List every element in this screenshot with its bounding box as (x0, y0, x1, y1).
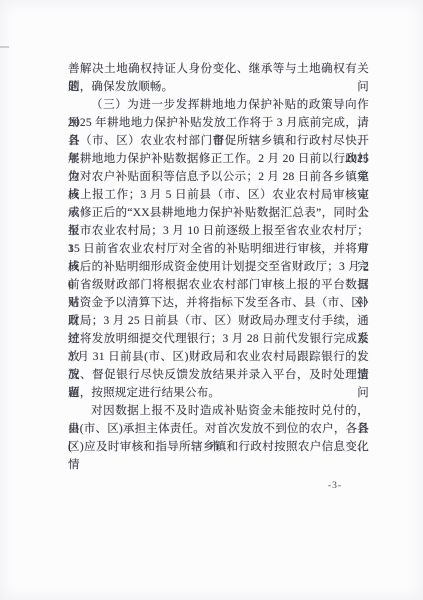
text-line: 善解决土地确权持证人身份变化、继承等与土地确权有关的问 (68, 60, 369, 78)
scan-artifact-mark (0, 46, 9, 48)
text-line: 统将发放明细提交代理银行；3 月 28 日前代发银行完成发放； (68, 330, 369, 348)
text-line: 对因数据上报不及时造成补贴资金未能按时兑付的，由各 (68, 402, 369, 420)
text-line: 贴资金予以清算下达，并将指标下发至各市、县（市、区）财 (68, 294, 369, 312)
text-line: （三）为进一步发挥耕地地力保护补贴的政策导向作用， (68, 96, 369, 114)
document-text-block: 善解决土地确权持证人身份变化、继承等与土地确权有关的问题，确保发放顺畅。（三）为… (68, 60, 369, 456)
text-line: 区)应及时审核和指导所辖乡镇和行政村按照农户信息变化情 (68, 438, 369, 456)
text-line: 县（市、区）农业农村部门督促所辖乡镇和行政村尽快开展 2025 (68, 132, 369, 150)
text-line: 县(市、区)承担主体责任。对首次发放不到位的农户，各县(市、 (68, 420, 369, 438)
text-line: 成后的补贴明细形成资金使用计划提交至省财政厅；3 月 20 日 (68, 258, 369, 276)
text-line: 3 月 31 日前县(市、区)财政局和农业农村局跟踪银行的发放情 (68, 348, 369, 366)
text-line: 2025 年耕地地力保护补贴发放工作将于 3 月底前完成，请各市、 (68, 114, 369, 132)
text-line: 年耕地地力保护补贴数据修正工作。2 月 20 日前以行政村为单 (68, 150, 369, 168)
text-line: 核上报工作；3 月 5 日前县（市、区）农业农村局审核完成公 (68, 186, 369, 204)
text-line: 至市农业农村局；3 月 10 日前逐级上报至省农业农村厅；3 月 (68, 222, 369, 240)
text-line: 前省级财政部门将根据农业农村部门审核上报的平台数据对补 (68, 276, 369, 294)
text-line: 况、督促银行尽快反馈发放结果并录入平台，及时处理遗留问 (68, 366, 369, 384)
scanned-document-page: 善解决土地确权持证人身份变化、继承等与土地确权有关的问题，确保发放顺畅。（三）为… (0, 0, 423, 600)
text-line: 示修正后的“XX县耕地地力保护补贴数据汇总表”，同时上报 (68, 204, 369, 222)
text-line: 政局；3 月 25 日前县（市、区）财政局办理支付手续，通过系 (68, 312, 369, 330)
page-number: -3- (328, 481, 342, 491)
text-line: 位对农户补贴面积等信息予以公示；2 月 28 日前各乡镇完成审 (68, 168, 369, 186)
text-line: 15 日前省农业农村厅对全省的补贴明细进行审核，并将审核完 (68, 240, 369, 258)
